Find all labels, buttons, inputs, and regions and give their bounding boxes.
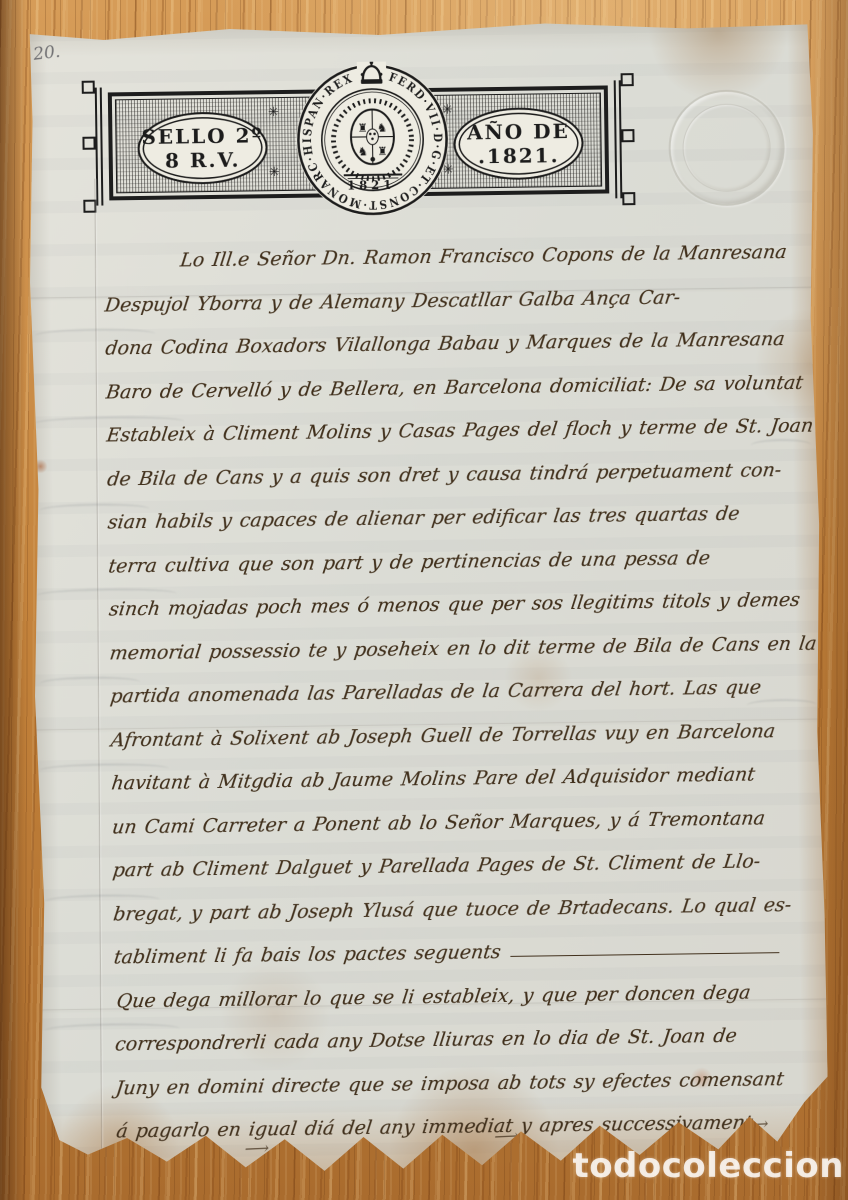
archival-note: 20. xyxy=(32,42,61,65)
lion-quarter-icon: ♞ xyxy=(358,144,369,158)
manuscript-line-text: tabliment li fa bais los pactes seguents xyxy=(111,931,503,980)
sello-value: 8 R.V. xyxy=(165,148,241,173)
photograph-of-manuscript: 20. ✳ ✳ ✳ ✳ SELLO 2º 8 R.V. xyxy=(0,0,848,1200)
seal-year: 1821 xyxy=(347,178,395,193)
flourish-icon: ⟶ xyxy=(492,1126,521,1147)
sello-class: SELLO 2º xyxy=(141,123,263,149)
meander-ornament-right xyxy=(608,73,636,205)
todocoleccion-watermark: todocoleccion xyxy=(572,1146,844,1186)
flourish-icon: ⟶ xyxy=(242,1138,271,1159)
tax-stamp-band: ✳ ✳ ✳ ✳ SELLO 2º 8 R.V. AÑO DE .1821. xyxy=(108,85,609,200)
castle-quarter-icon: ♜ xyxy=(377,144,388,158)
year-value: .1821. xyxy=(478,143,560,168)
meander-square xyxy=(82,81,95,94)
meander-square xyxy=(621,129,634,142)
meander-square xyxy=(621,73,634,86)
embossed-dry-seal xyxy=(668,89,786,207)
royal-seal-graphic: FERD·VII·D·G·ET·CONST·MONARC·HISPAN·REX … xyxy=(293,61,451,219)
meander-ornament-left xyxy=(82,80,110,212)
meander-square xyxy=(82,137,95,150)
paragraph-rule xyxy=(510,952,779,957)
castle-quarter-icon: ♜ xyxy=(357,121,368,135)
lion-quarter-icon: ♞ xyxy=(377,121,388,135)
meander-bar xyxy=(95,88,104,206)
manuscript-text: Lo Ill.e Señor Dn. Ramon Francisco Copon… xyxy=(104,231,785,1154)
rosette-icon: ✳ xyxy=(269,166,280,179)
meander-square xyxy=(622,192,635,205)
rosette-icon: ✳ xyxy=(268,106,279,119)
bourbon-inescutcheon xyxy=(366,129,378,145)
fold-crease xyxy=(94,179,102,1149)
manuscript-paper: 20. ✳ ✳ ✳ ✳ SELLO 2º 8 R.V. xyxy=(25,19,829,1180)
royal-seal: FERD·VII·D·G·ET·CONST·MONARC·HISPAN·REX … xyxy=(293,61,451,219)
flourish-icon: ⟶ xyxy=(742,1114,771,1135)
embossed-dry-seal-inner xyxy=(682,103,771,192)
year-label: AÑO DE xyxy=(467,119,570,144)
